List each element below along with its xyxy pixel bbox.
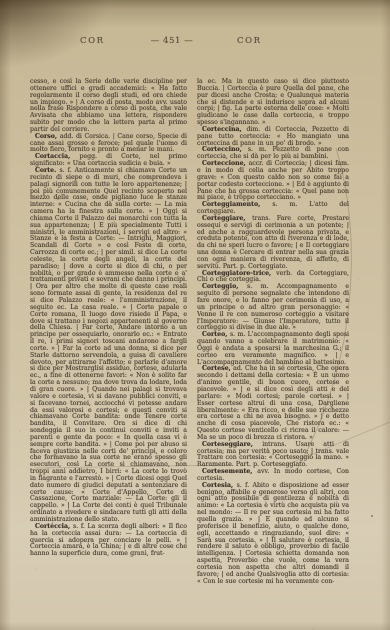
entry-text: accr. di Corteccia; | dicesi fam. e in m… <box>197 160 349 201</box>
dictionary-entry: Cortaccia, pegg. di Corte, nel primo sig… <box>30 154 187 168</box>
dictionary-entry: Corteccina, dim. di Corteccia, Pezzetto … <box>197 127 349 148</box>
dictionary-entry: Corteseggiare, intrans. Usare atti di co… <box>197 442 349 469</box>
entry-text: s. f. Anticamente si chiamava Corte un r… <box>30 167 187 523</box>
left-text-column: cesso, e così la Serie delle varie disci… <box>30 79 187 558</box>
dictionary-entry: Cortese, ad. Che ha in sé cortesia, Che … <box>197 366 349 441</box>
right-text-column: la ec. Ma in questo caso si dice piuttos… <box>197 79 349 585</box>
entry-text: ad. Che ha in sé cortesia, Che opera sec… <box>197 365 349 440</box>
dictionary-entry: la ec. Ma in questo caso si dice piuttos… <box>197 79 349 127</box>
entry-text: trans. Fare corte, Prestare ossequi e se… <box>197 215 349 270</box>
entry-text: cesso, e così la Serie delle varie disci… <box>30 78 187 133</box>
dictionary-entry: Corteggiare, trans. Fare corte, Prestare… <box>197 216 349 271</box>
scanned-dictionary-page: COR — 451 — COR cesso, e così la Serie d… <box>0 0 390 630</box>
running-header: COR — 451 — COR <box>0 36 390 50</box>
dictionary-entry: Corteccino, s. m. Pezzetto di pane con c… <box>197 147 349 161</box>
dictionary-entry: Corteggiamento, s. m. L'atto del cortegg… <box>197 202 349 216</box>
entry-text: s. f. Abito e disposizione ad esser beni… <box>197 482 349 585</box>
paper-specks <box>57 198 59 200</box>
dictionary-entry: Corteggiatore-trice, verb. da Corteggiar… <box>197 271 349 285</box>
dictionary-entry: Corteggio, s. m. Accompagnamento e segui… <box>197 284 349 332</box>
dictionary-entry: cesso, e così la Serie delle varie disci… <box>30 79 187 134</box>
entry-text: la ec. Ma in questo caso si dice piuttos… <box>197 78 349 126</box>
dictionary-entry: Corteccione, accr. di Corteccia; | dices… <box>197 161 349 202</box>
dictionary-entry: Cortesia, s. f. Abito e disposizione ad … <box>197 483 349 586</box>
entry-text: s. m. Accompagnamento e seguito di perso… <box>197 283 349 331</box>
dictionary-entry: Corte. s. f. Anticamente si chiamava Cor… <box>30 168 187 524</box>
running-head-right: COR <box>237 36 262 46</box>
page-number: — 451 — <box>140 36 204 46</box>
dictionary-entry: Cortéccia, s. f. La scorza degli alberi:… <box>30 524 187 558</box>
dictionary-entry: Corso, add. di Corsica. | Cane corso, Sp… <box>30 134 187 155</box>
running-head-left: COR <box>80 36 105 46</box>
dictionary-entry: Cortesemente, avv. In modo cortese, Con … <box>197 469 349 483</box>
dictionary-entry: Corteo, s. m. L'accompagnamento degli sp… <box>197 332 349 366</box>
